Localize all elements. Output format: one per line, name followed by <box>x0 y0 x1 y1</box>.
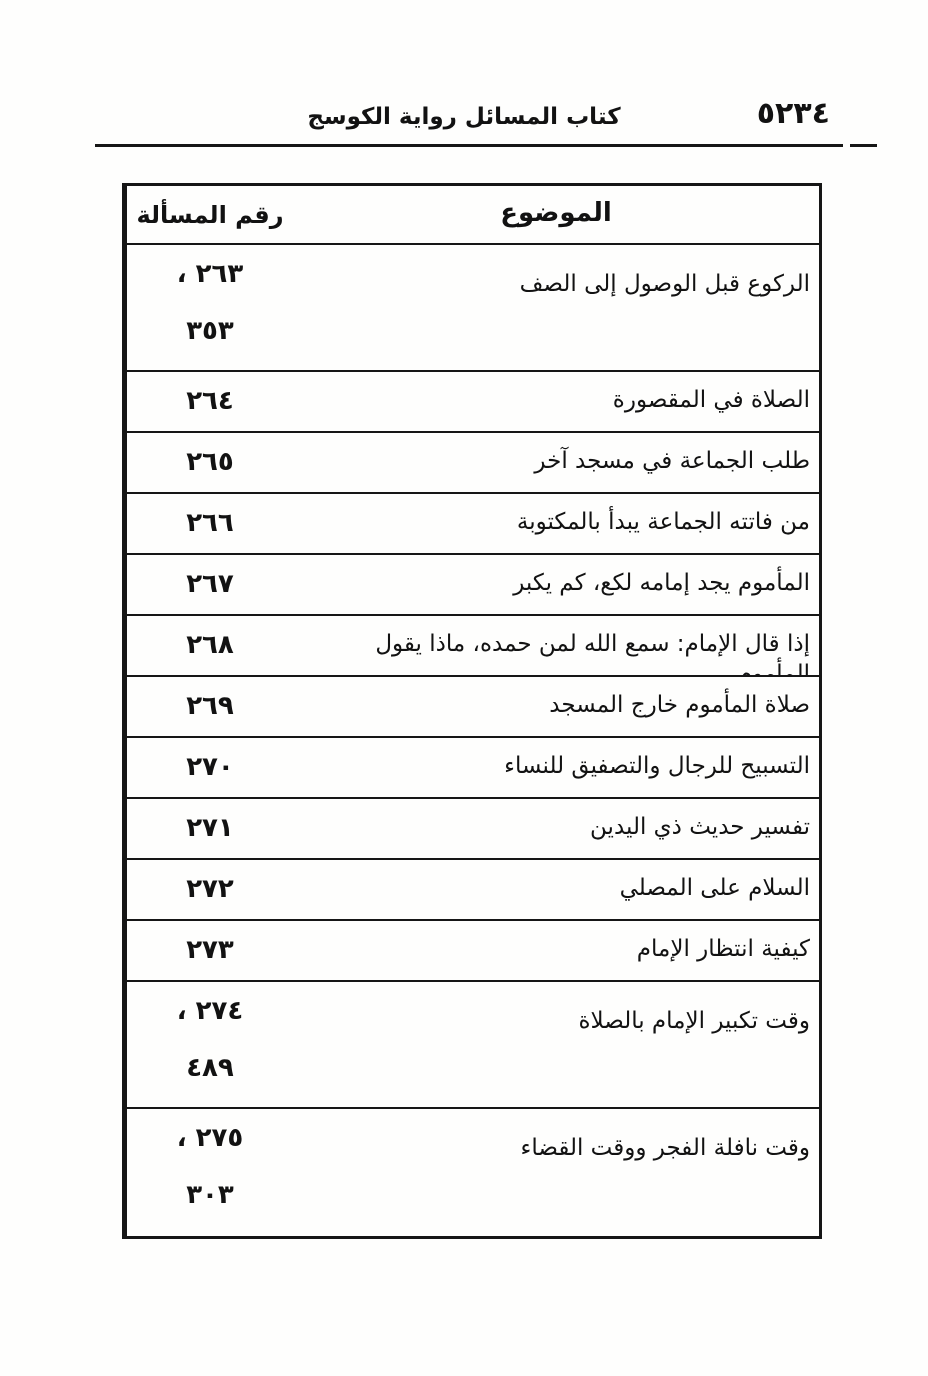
issue-number: ٢٧٥ ، <box>127 1123 293 1154</box>
table-row: السلام على المصلي٢٧٢ <box>125 860 819 921</box>
issue-number: ٣٥٣ <box>127 316 293 347</box>
topic-cell: الصلاة في المقصورة <box>293 372 819 431</box>
issue-number: ٢٦٩ <box>127 691 293 722</box>
topic-cell: كيفية انتظار الإمام <box>293 921 819 980</box>
table-body: الركوع قبل الوصول إلى الصف٢٦٣ ،٣٥٣الصلاة… <box>125 245 819 1236</box>
table-row: وقت نافلة الفجر ووقت القضاء٢٧٥ ،٣٠٣ <box>125 1109 819 1236</box>
table-row: من فاتته الجماعة يبدأ بالمكتوبة٢٦٦ <box>125 494 819 555</box>
table-row: صلاة المأموم خارج المسجد٢٦٩ <box>125 677 819 738</box>
topic-cell: وقت تكبير الإمام بالصلاة <box>293 982 819 1107</box>
header-rule-dash <box>850 144 877 147</box>
topic-cell: وقت نافلة الفجر ووقت القضاء <box>293 1109 819 1236</box>
running-head: كتاب المسائل رواية الكوسج ٥٢٣٤ <box>0 96 928 142</box>
topic-cell: من فاتته الجماعة يبدأ بالمكتوبة <box>293 494 819 553</box>
issue-number: ٢٦٧ <box>127 569 293 600</box>
issue-number: ٢٧٠ <box>127 752 293 783</box>
table-row: التسبيح للرجال والتصفيق للنساء٢٧٠ <box>125 738 819 799</box>
table-row: كيفية انتظار الإمام٢٧٣ <box>125 921 819 982</box>
table-row: المأموم يجد إمامه لكع، كم يكبر٢٦٧ <box>125 555 819 616</box>
topic-cell: الركوع قبل الوصول إلى الصف <box>293 245 819 370</box>
table-row: وقت تكبير الإمام بالصلاة٢٧٤ ،٤٨٩ <box>125 982 819 1109</box>
issue-number: ٢٧٣ <box>127 935 293 966</box>
number-cell: ٢٦٤ <box>125 372 293 431</box>
issue-number: ٢٦٥ <box>127 447 293 478</box>
number-cell: ٢٧٤ ،٤٨٩ <box>125 982 293 1107</box>
table-row: تفسير حديث ذي اليدين٢٧١ <box>125 799 819 860</box>
topic-cell: إذا قال الإمام: سمع الله لمن حمده، ماذا … <box>293 616 819 675</box>
topic-cell: طلب الجماعة في مسجد آخر <box>293 433 819 492</box>
number-cell: ٢٦٩ <box>125 677 293 736</box>
number-cell: ٢٦٧ <box>125 555 293 614</box>
table-row: إذا قال الإمام: سمع الله لمن حمده، ماذا … <box>125 616 819 677</box>
issue-number: ٣٠٣ <box>127 1180 293 1211</box>
issue-number: ٢٧١ <box>127 813 293 844</box>
table-row: طلب الجماعة في مسجد آخر٢٦٥ <box>125 433 819 494</box>
topic-header-cell: الموضوع <box>293 186 819 243</box>
header-rule <box>95 144 843 147</box>
issue-number: ٢٧٤ ، <box>127 996 293 1027</box>
issue-number: ٤٨٩ <box>127 1053 293 1084</box>
number-cell: ٢٧٠ <box>125 738 293 797</box>
issue-number: ٢٧٢ <box>127 874 293 905</box>
issue-number: ٢٦٣ ، <box>127 259 293 290</box>
number-cell: ٢٧٣ <box>125 921 293 980</box>
issue-number: ٢٦٤ <box>127 386 293 417</box>
table-row: الركوع قبل الوصول إلى الصف٢٦٣ ،٣٥٣ <box>125 245 819 372</box>
number-cell: ٢٦٣ ،٣٥٣ <box>125 245 293 370</box>
number-cell: ٢٧٥ ،٣٠٣ <box>125 1109 293 1236</box>
number-header-cell: رقم المسألة <box>125 186 293 243</box>
number-cell: ٢٦٦ <box>125 494 293 553</box>
topic-cell: المأموم يجد إمامه لكع، كم يكبر <box>293 555 819 614</box>
topic-cell: السلام على المصلي <box>293 860 819 919</box>
table-header-row: الموضوع رقم المسألة <box>125 186 819 245</box>
scanned-book-page: كتاب المسائل رواية الكوسج ٥٢٣٤ الموضوع ر… <box>0 0 928 1376</box>
number-cell: ٢٧١ <box>125 799 293 858</box>
topic-cell: التسبيح للرجال والتصفيق للنساء <box>293 738 819 797</box>
number-cell: ٢٦٥ <box>125 433 293 492</box>
issue-number: ٢٦٦ <box>127 508 293 539</box>
number-cell: ٢٦٨ <box>125 616 293 675</box>
number-cell: ٢٧٢ <box>125 860 293 919</box>
topic-cell: صلاة المأموم خارج المسجد <box>293 677 819 736</box>
contents-table: الموضوع رقم المسألة الركوع قبل الوصول إل… <box>122 183 822 1239</box>
table-row: الصلاة في المقصورة٢٦٤ <box>125 372 819 433</box>
page-number: ٥٢٣٤ <box>757 96 830 131</box>
issue-number: ٢٦٨ <box>127 630 293 661</box>
topic-cell: تفسير حديث ذي اليدين <box>293 799 819 858</box>
